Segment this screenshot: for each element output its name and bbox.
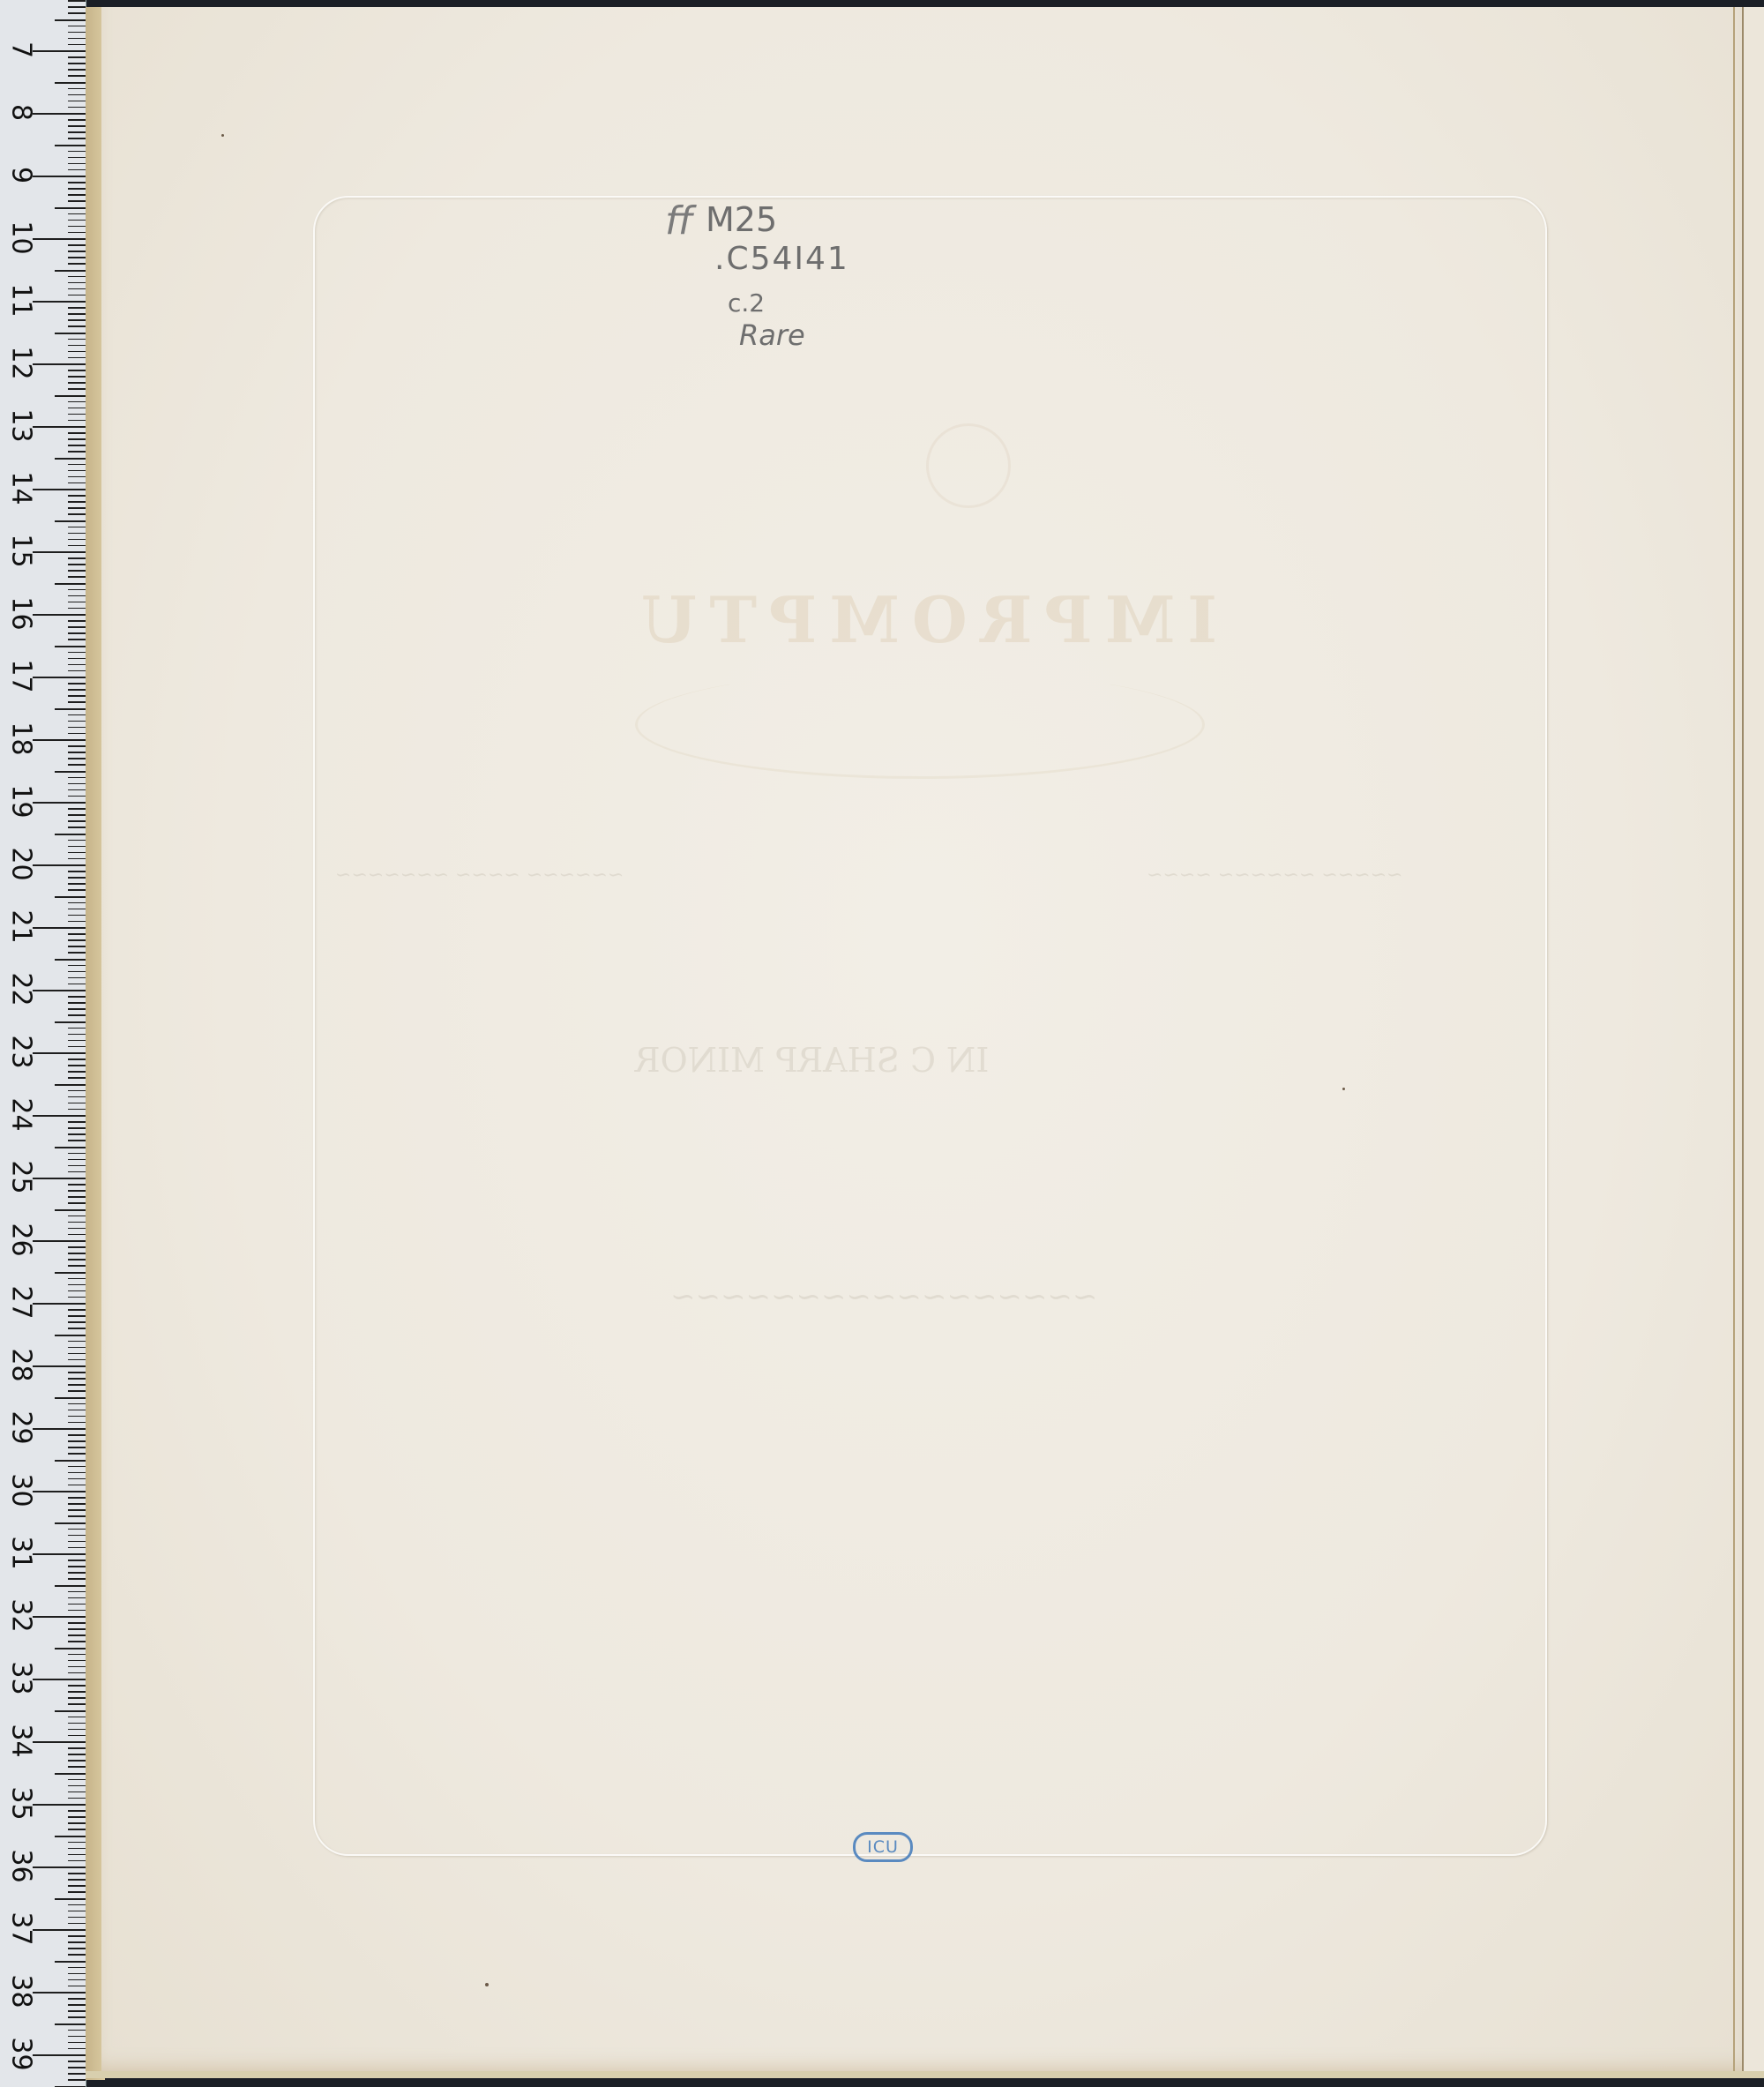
ruler-tick xyxy=(68,1572,86,1574)
call-number-line: M25 xyxy=(706,200,777,239)
call-number-line: .C54I41 xyxy=(714,241,849,277)
ruler-tick xyxy=(68,94,86,96)
ruler-tick xyxy=(68,56,86,58)
ruler-tick xyxy=(68,764,86,766)
ruler-tick xyxy=(68,1503,86,1505)
ruler-tick xyxy=(68,1290,86,1292)
ruler-tick xyxy=(68,1697,86,1699)
ruler-tick xyxy=(68,1353,86,1355)
ruler-tick xyxy=(55,1397,86,1399)
ruler-tick xyxy=(68,1140,86,1141)
ruler-label: 13 xyxy=(6,408,37,444)
ruler-tick xyxy=(68,1979,86,1981)
ruler-label: 14 xyxy=(6,471,37,506)
bleed-through-title: IMPROMPTU xyxy=(653,582,1217,657)
ruler-tick xyxy=(33,739,86,741)
ruler-tick xyxy=(55,1898,86,1900)
ruler-label: 38 xyxy=(6,1974,37,2009)
ruler-tick xyxy=(68,1453,86,1455)
ruler-tick xyxy=(33,1178,86,1179)
ruler-tick xyxy=(68,220,86,221)
ruler-tick xyxy=(68,564,86,565)
ruler-tick xyxy=(68,689,86,691)
ruler-tick xyxy=(68,38,86,40)
ruler-tick xyxy=(55,333,86,334)
ruler-tick xyxy=(55,834,86,835)
ruler-tick xyxy=(68,251,86,252)
ruler-tick xyxy=(68,1578,86,1580)
ruler-tick xyxy=(68,1328,86,1329)
ruler-tick xyxy=(68,1941,86,1943)
ruler-tick xyxy=(33,1866,86,1868)
ruler-tick xyxy=(33,50,86,52)
ruler-tick xyxy=(68,513,86,515)
ruler-tick xyxy=(68,1822,86,1824)
ruler-tick xyxy=(68,1127,86,1129)
ruler-tick xyxy=(68,1873,86,1874)
ruler-tick xyxy=(68,1948,86,1949)
ruler-tick xyxy=(68,608,86,610)
ruler-tick xyxy=(68,1723,86,1724)
ruler-tick xyxy=(68,2079,86,2081)
ruler-tick xyxy=(68,101,86,102)
ruler-tick xyxy=(68,1416,86,1418)
ruler-tick xyxy=(55,708,86,710)
paper-speck xyxy=(221,134,224,137)
ruler-tick xyxy=(68,545,86,547)
ruler-label: 23 xyxy=(6,1035,37,1070)
ruler-tick xyxy=(68,840,86,842)
ruler-tick xyxy=(68,664,86,666)
ruler-tick xyxy=(68,1842,86,1844)
ruler-tick xyxy=(68,902,86,904)
ruler-tick xyxy=(33,1491,86,1492)
ruler-tick xyxy=(68,1760,86,1762)
bleed-through-flourish xyxy=(635,670,1205,779)
ruler-tick xyxy=(68,1347,86,1349)
bleed-through-text: ~~~~~~ ~~~~ ~~~~~~~ xyxy=(335,864,624,886)
ruler-tick xyxy=(68,933,86,935)
cover-bottom-edge xyxy=(86,2071,1764,2078)
ruler-tick xyxy=(68,1904,86,1906)
ruler-tick xyxy=(68,1954,86,1956)
ruler-label: 32 xyxy=(6,1598,37,1634)
ruler-tick xyxy=(33,1929,86,1931)
ruler-tick xyxy=(68,1967,86,1969)
ruler-tick xyxy=(33,489,86,490)
ruler-tick xyxy=(68,1058,86,1060)
ruler-tick xyxy=(68,1717,86,1718)
ruler-tick xyxy=(68,1447,86,1448)
ruler-tick xyxy=(55,583,86,585)
ruler-tick xyxy=(68,977,86,979)
ruler-tick xyxy=(68,533,86,535)
ruler-tick xyxy=(68,1422,86,1424)
ruler-label: 15 xyxy=(6,534,37,569)
ruler-tick xyxy=(33,1741,86,1743)
ruler-tick xyxy=(68,1190,86,1192)
ruler-tick xyxy=(68,420,86,422)
ruler-label: 8 xyxy=(6,95,37,131)
ruler-tick xyxy=(68,1485,86,1486)
bleed-through-text: ~~~~~ ~~~~~~ ~~~~ xyxy=(1147,864,1403,886)
ruler-tick xyxy=(68,1103,86,1104)
ruler-tick xyxy=(33,990,86,991)
ruler-tick xyxy=(68,639,86,640)
ruler-tick xyxy=(68,244,86,246)
ruler-tick xyxy=(68,1096,86,1098)
ruler-tick xyxy=(68,1685,86,1687)
ruler-tick xyxy=(55,1460,86,1462)
ruler-tick xyxy=(68,1935,86,1937)
ruler-tick xyxy=(55,1021,86,1023)
ruler-tick xyxy=(68,1434,86,1436)
ruler-label: 9 xyxy=(6,158,37,193)
ruler-tick xyxy=(68,1165,86,1167)
ruler-tick xyxy=(55,1648,86,1649)
ruler-tick xyxy=(68,1529,86,1530)
ruler-tick xyxy=(55,1585,86,1587)
ruler-tick xyxy=(68,1359,86,1361)
ruler-tick xyxy=(68,589,86,591)
ruler-tick xyxy=(68,852,86,854)
ruler-tick xyxy=(68,1246,86,1248)
ruler-tick xyxy=(68,971,86,973)
ruler-tick xyxy=(68,351,86,353)
ruler-tick xyxy=(68,325,86,327)
ruler-tick xyxy=(68,2036,86,2038)
ruler-tick xyxy=(68,877,86,879)
ruler-tick xyxy=(33,1115,86,1117)
ruler-tick xyxy=(68,1785,86,1787)
ruler-tick xyxy=(68,758,86,759)
ruler-tick xyxy=(68,2016,86,2018)
ruler-tick xyxy=(68,658,86,660)
ruler-tick xyxy=(55,19,86,21)
ruler-tick xyxy=(68,1315,86,1317)
ruler-tick xyxy=(55,1522,86,1524)
ruler-tick xyxy=(68,1509,86,1511)
ruler-label: 19 xyxy=(6,784,37,819)
ruler-tick xyxy=(68,213,86,215)
ruler-tick xyxy=(68,1792,86,1793)
ruler-tick xyxy=(68,0,86,2)
ruler-tick xyxy=(55,1961,86,1963)
ruler-label: 22 xyxy=(6,972,37,1007)
ruler-tick xyxy=(68,495,86,497)
ruler-tick xyxy=(33,363,86,365)
ruler-tick xyxy=(68,1202,86,1204)
ruler-tick xyxy=(68,26,86,27)
ruler-tick xyxy=(68,1410,86,1411)
ruler-tick xyxy=(68,44,86,46)
ruler-tick xyxy=(68,476,86,478)
ruler-tick xyxy=(68,752,86,753)
ruler-tick xyxy=(68,257,86,258)
ruler-tick xyxy=(68,1666,86,1668)
bleed-through-text: ~~~~~~~~~~~~~~~~~ xyxy=(670,1279,1097,1314)
ruler-tick xyxy=(33,1303,86,1305)
ruler-tick xyxy=(68,595,86,597)
ruler-label: 10 xyxy=(6,221,37,256)
ruler-label: 31 xyxy=(6,1536,37,1571)
ruler-tick xyxy=(68,1547,86,1549)
ruler-tick xyxy=(68,1234,86,1236)
ruler-tick xyxy=(68,733,86,735)
ruler-tick xyxy=(68,1747,86,1749)
pencil-mark: ff xyxy=(665,198,693,243)
ruler-tick xyxy=(33,1052,86,1054)
paper-speck xyxy=(485,1983,489,1986)
ruler-tick xyxy=(68,151,86,153)
ruler-tick xyxy=(68,1077,86,1079)
ruler-tick xyxy=(68,1153,86,1155)
ruler-label: 20 xyxy=(6,847,37,882)
ruler-tick xyxy=(68,2004,86,2006)
ruler-tick xyxy=(68,745,86,747)
ruler-tick xyxy=(68,182,86,183)
ruler-tick xyxy=(68,1923,86,1925)
ruler-label: 29 xyxy=(6,1410,37,1446)
ruler-tick xyxy=(55,1773,86,1775)
ruler-label: 33 xyxy=(6,1661,37,1696)
ruler-tick xyxy=(68,1597,86,1599)
ruler-tick xyxy=(68,451,86,453)
ruler-tick xyxy=(68,796,86,797)
ruler-tick xyxy=(68,507,86,509)
ruler-tick xyxy=(68,701,86,703)
ruler-tick xyxy=(68,1466,86,1468)
ruler-tick xyxy=(33,1428,86,1430)
ruler-tick xyxy=(68,2048,86,2050)
ruler-tick xyxy=(68,2067,86,2068)
ruler-tick xyxy=(68,827,86,828)
ruler-tick xyxy=(68,263,86,265)
ruler-tick xyxy=(68,482,86,484)
ruler-tick xyxy=(55,1836,86,1837)
ruler-tick xyxy=(68,576,86,578)
ruler-tick xyxy=(68,909,86,910)
ruler-label: 16 xyxy=(6,596,37,632)
ruler-tick xyxy=(68,1829,86,1830)
ruler-tick xyxy=(68,226,86,228)
ruler-tick xyxy=(68,445,86,446)
ruler-tick xyxy=(68,921,86,923)
ruler-tick xyxy=(68,282,86,284)
ruler-label: 18 xyxy=(6,722,37,757)
ruler-tick xyxy=(68,846,86,848)
ruler-tick xyxy=(68,1860,86,1862)
spine-fold xyxy=(1733,7,1735,2071)
ruler-label: 24 xyxy=(6,1097,37,1133)
ruler-tick xyxy=(68,1046,86,1048)
ruler-label: 35 xyxy=(6,1786,37,1821)
ruler-tick xyxy=(68,883,86,885)
ruler-label: 25 xyxy=(6,1160,37,1195)
ruler-tick xyxy=(68,1002,86,1004)
ruler-tick xyxy=(68,1560,86,1561)
ruler-tick xyxy=(55,82,86,84)
ruler-tick xyxy=(68,1171,86,1173)
ruler-tick xyxy=(68,1911,86,1912)
ruler-tick xyxy=(55,520,86,522)
ruler-tick xyxy=(68,2010,86,2012)
measuring-ruler: 7891011121314151617181920212223242526272… xyxy=(0,0,86,2087)
ruler-tick xyxy=(68,1917,86,1919)
ruler-tick xyxy=(68,63,86,64)
ruler-tick xyxy=(68,1854,86,1856)
ruler-tick xyxy=(68,1390,86,1392)
ruler-tick xyxy=(68,1691,86,1693)
ruler-tick xyxy=(68,783,86,785)
ruler-tick xyxy=(68,1253,86,1254)
rare-label: Rare xyxy=(739,318,805,352)
ruler-tick xyxy=(68,871,86,872)
ruler-tick xyxy=(33,1616,86,1618)
ruler-tick xyxy=(68,1622,86,1624)
ruler-tick xyxy=(33,677,86,678)
ruler-tick xyxy=(33,864,86,866)
ruler-tick xyxy=(68,652,86,654)
ruler-tick xyxy=(68,307,86,309)
ruler-tick xyxy=(68,889,86,891)
ruler-tick xyxy=(68,88,86,90)
ruler-tick xyxy=(55,395,86,397)
ruler-tick xyxy=(33,2054,86,2056)
ruler-label: 7 xyxy=(6,33,37,68)
ruler-tick xyxy=(68,695,86,697)
ruler-tick xyxy=(68,1028,86,1029)
paper-speck xyxy=(1342,1088,1345,1090)
ruler-tick xyxy=(68,632,86,634)
ruler-tick xyxy=(33,1240,86,1242)
ruler-tick xyxy=(68,1034,86,1036)
ruler-tick xyxy=(68,808,86,810)
ruler-tick xyxy=(68,1265,86,1267)
ruler-tick xyxy=(68,1008,86,1010)
ruler-tick xyxy=(68,1196,86,1198)
ruler-tick xyxy=(68,276,86,278)
ruler-tick xyxy=(68,789,86,791)
ruler-tick xyxy=(68,1159,86,1161)
ruler-tick xyxy=(68,527,86,528)
ruler-tick xyxy=(68,1779,86,1781)
bleed-through-ornament xyxy=(926,423,1011,508)
ruler-label: 36 xyxy=(6,1849,37,1884)
ruler-tick xyxy=(68,169,86,171)
ruler-tick xyxy=(68,1184,86,1186)
ruler-tick xyxy=(68,1515,86,1517)
ruler-tick xyxy=(33,426,86,428)
ruler-tick xyxy=(55,959,86,961)
ruler-tick xyxy=(68,683,86,684)
ruler-tick xyxy=(68,1703,86,1705)
ruler-tick xyxy=(68,1754,86,1755)
ruler-tick xyxy=(68,858,86,860)
ruler-tick xyxy=(55,2023,86,2025)
ruler-label: 28 xyxy=(6,1348,37,1383)
ruler-tick xyxy=(68,438,86,440)
ruler-label: 11 xyxy=(6,283,37,318)
ruler-tick xyxy=(68,432,86,434)
ruler-tick xyxy=(68,1472,86,1474)
ruler-tick xyxy=(33,176,86,177)
ruler-tick xyxy=(68,727,86,729)
ruler-tick xyxy=(68,557,86,559)
ruler-tick xyxy=(68,200,86,202)
ruler-tick xyxy=(68,1879,86,1881)
ruler-tick xyxy=(68,1216,86,1217)
ruler-tick xyxy=(68,75,86,77)
ruler-tick xyxy=(68,339,86,340)
ruler-tick xyxy=(68,620,86,622)
ruler-tick xyxy=(68,376,86,378)
ruler-tick xyxy=(68,539,86,541)
ruler-tick xyxy=(68,1284,86,1286)
ruler-tick xyxy=(68,996,86,998)
ruler-tick xyxy=(33,1365,86,1367)
ruler-tick xyxy=(55,1272,86,1274)
ruler-tick xyxy=(68,1885,86,1887)
ruler-tick xyxy=(68,1816,86,1818)
ruler-tick xyxy=(68,1628,86,1630)
ruler-tick xyxy=(68,370,86,371)
ruler-tick xyxy=(68,1014,86,1016)
ruler-tick xyxy=(68,714,86,716)
adjacent-leaf xyxy=(1742,7,1764,2071)
bleed-through-subtitle: IN C SHARP MINOR xyxy=(635,1041,989,1080)
ruler-tick xyxy=(68,1403,86,1405)
ruler-tick xyxy=(68,1610,86,1612)
ruler-tick xyxy=(68,401,86,403)
ruler-tick xyxy=(68,602,86,603)
ruler-tick xyxy=(55,646,86,647)
ruler-tick xyxy=(68,1222,86,1223)
ruler-tick xyxy=(68,295,86,296)
ruler-tick xyxy=(68,1810,86,1812)
ruler-tick xyxy=(68,2030,86,2031)
ruler-tick xyxy=(68,984,86,985)
ruler-tick xyxy=(68,69,86,71)
ruler-tick xyxy=(68,388,86,390)
ruler-tick xyxy=(68,119,86,121)
ruler-tick xyxy=(68,1891,86,1893)
ruler-tick xyxy=(68,357,86,359)
ruler-tick xyxy=(68,1090,86,1092)
ruler-tick xyxy=(68,501,86,503)
ruler-tick xyxy=(68,626,86,628)
ruler-tick xyxy=(55,1084,86,1086)
ruler-tick xyxy=(68,1591,86,1593)
ruler-tick xyxy=(68,1766,86,1768)
ruler-tick xyxy=(68,125,86,127)
ruler-tick xyxy=(68,1133,86,1135)
ruler-label: 30 xyxy=(6,1473,37,1508)
ruler-tick xyxy=(68,288,86,290)
ruler-tick xyxy=(68,1321,86,1323)
ruler-tick xyxy=(33,1992,86,1993)
ruler-tick xyxy=(68,814,86,816)
ruler-tick xyxy=(68,1372,86,1373)
ruler-tick xyxy=(68,157,86,159)
ruler-tick xyxy=(68,1541,86,1543)
ruler-tick xyxy=(68,1109,86,1111)
ruler-label: 21 xyxy=(6,909,37,945)
ruler-label: 12 xyxy=(6,346,37,381)
ruler-tick xyxy=(33,238,86,240)
ruler-tick xyxy=(68,952,86,954)
ruler-tick xyxy=(68,1566,86,1567)
